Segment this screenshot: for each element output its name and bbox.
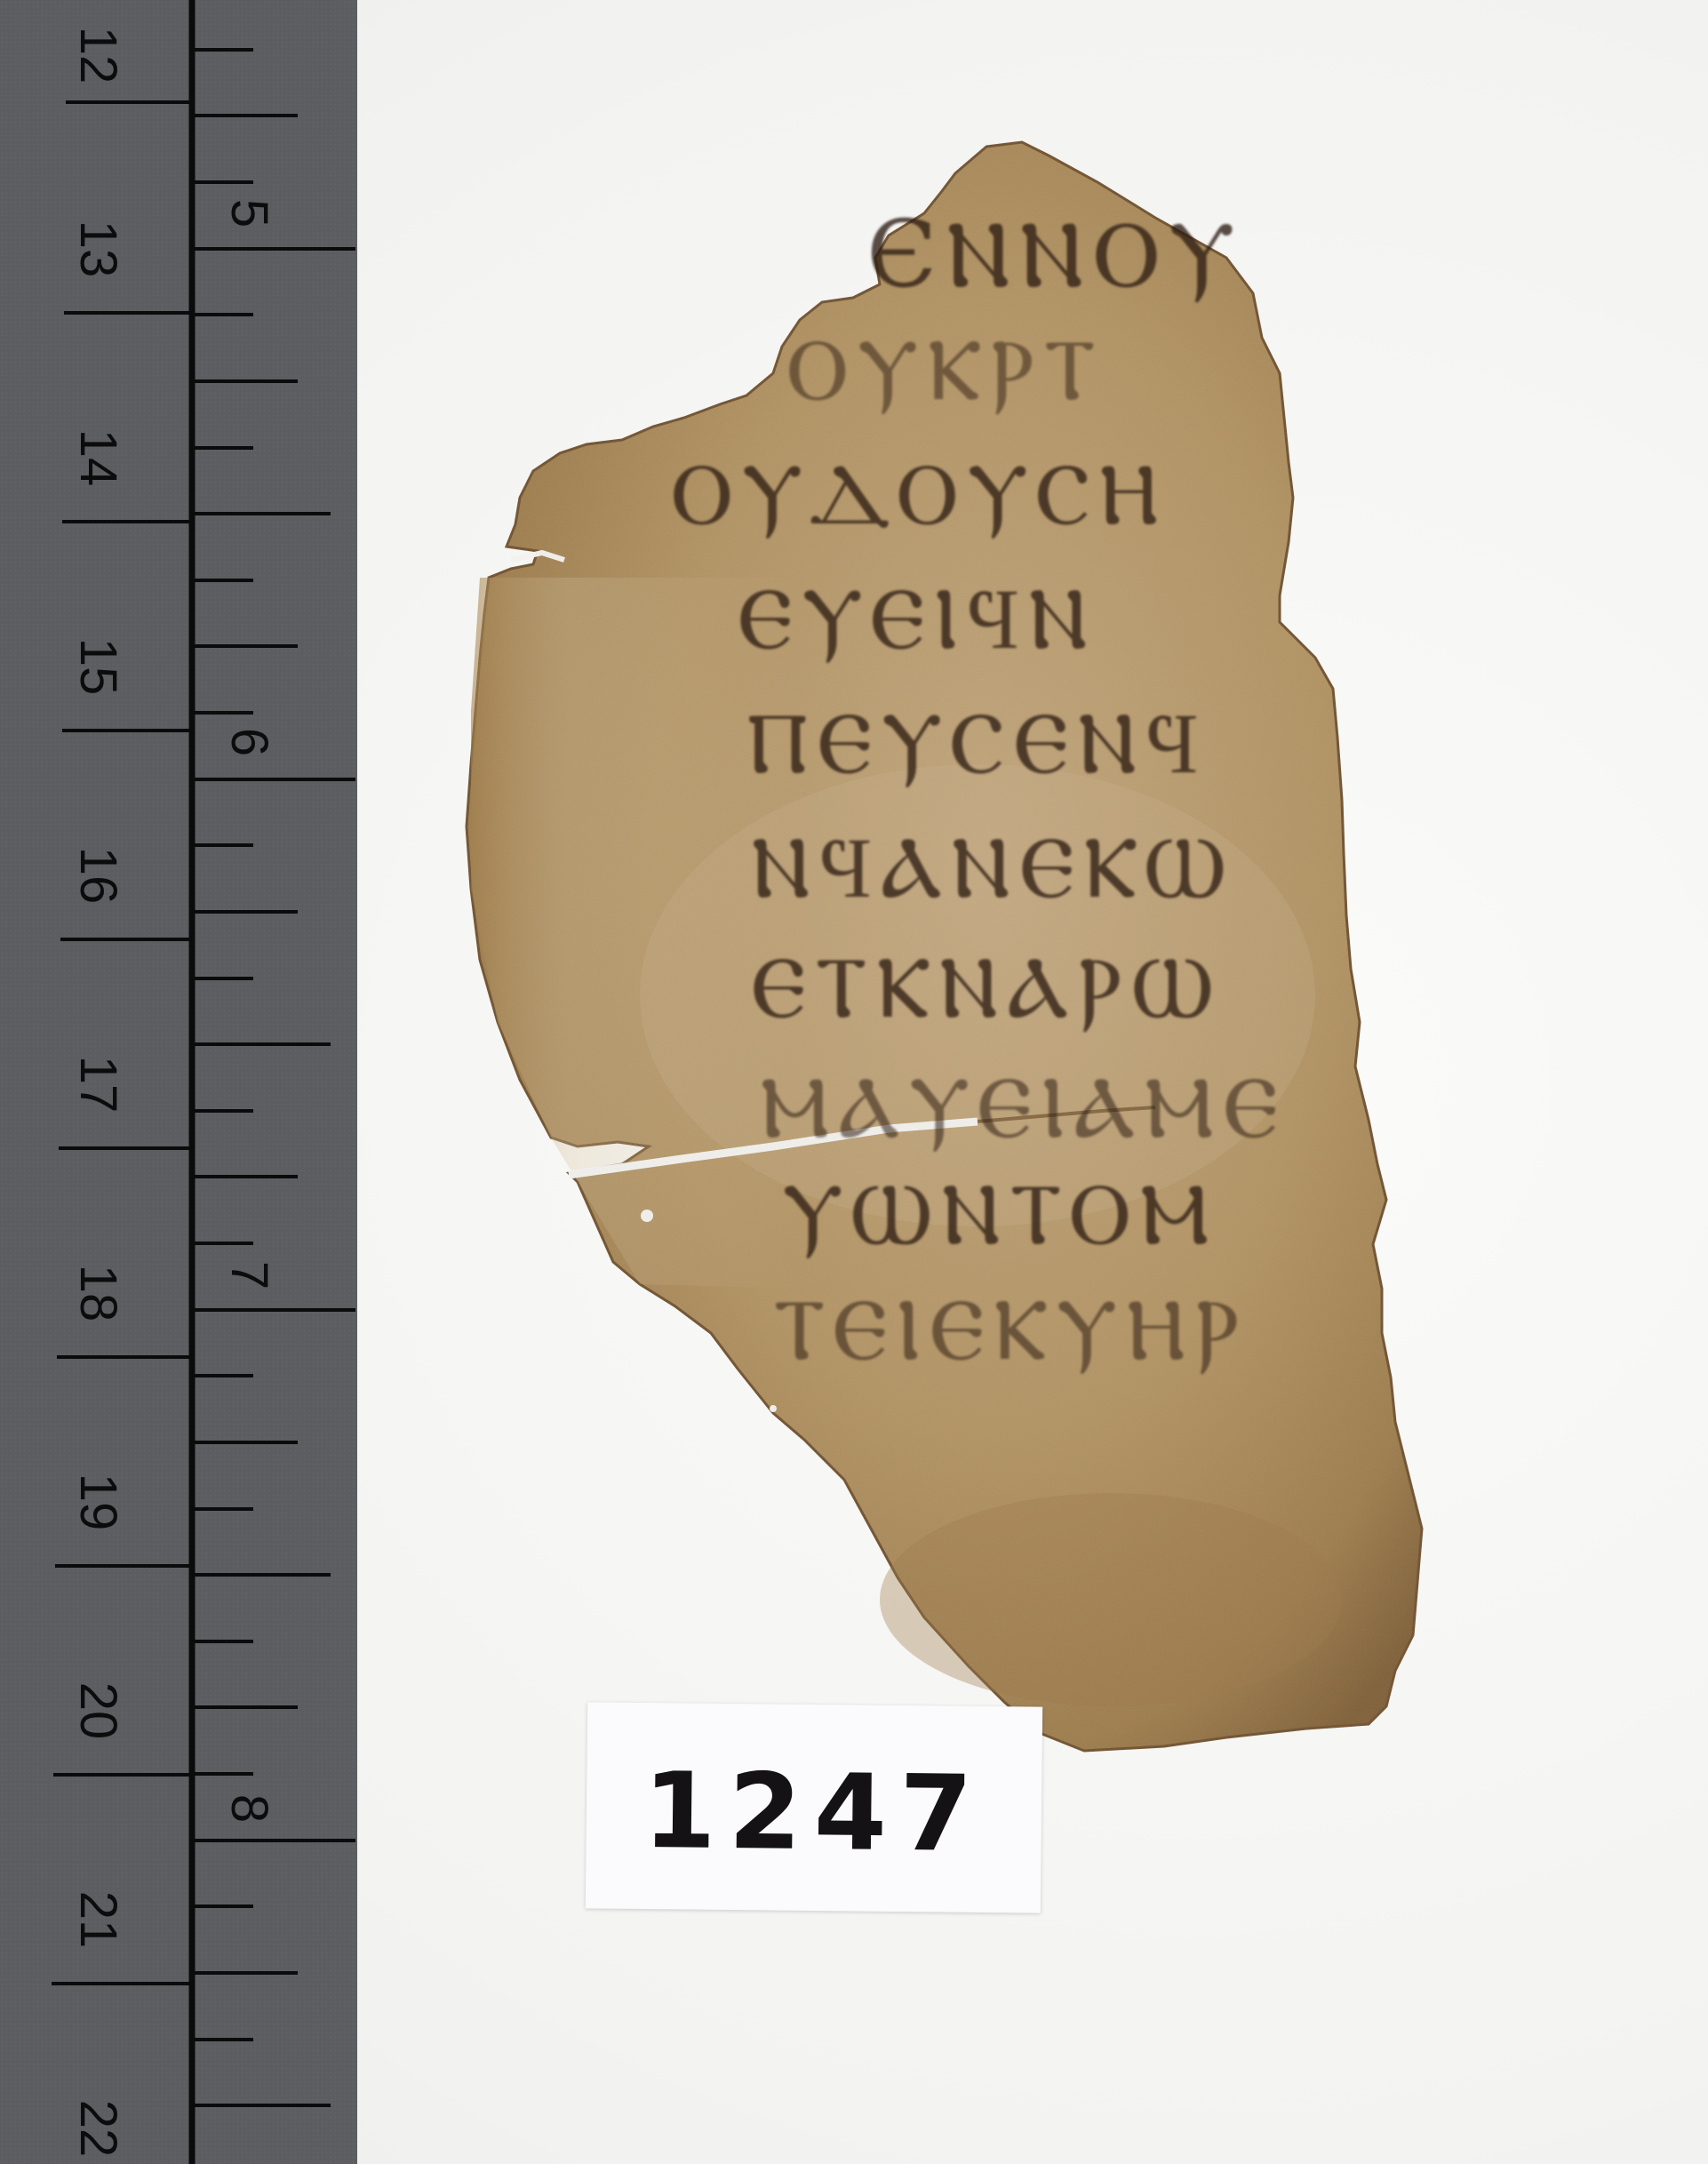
manuscript-line: ⲘⲀⲨⲈⲒⲀⲘⲈ [760,1058,1287,1159]
manuscript-line: ⲞⲨⲆⲞⲨⲤⲎ [671,444,1168,546]
inventory-number: 1247 [586,1748,1042,1875]
manuscript-line: ⲈⲦⲔⲚⲀⲢⲰ [751,938,1223,1039]
manuscript-line: ⲞⲨⲔⲢⲦ [786,320,1105,421]
manuscript-line: ⲠⲈⲨⲤⲈⲚϤ [746,693,1208,795]
manuscript-line: ⲨⲰⲚⲦⲞⲘ [782,1164,1218,1266]
manuscript-line: ⲚϤⲀⲚⲈⲔⲰ [751,818,1235,919]
inventory-label: 1247 [586,1702,1042,1912]
manuscript-line: ЄⲚⲚⲞⲨ [866,200,1244,309]
manuscript-line: ⲦⲈⲒⲈⲔⲨⲎⲢ [773,1280,1249,1381]
manuscript-line: ⲈⲨⲈⲒϤⲚ [738,569,1097,670]
